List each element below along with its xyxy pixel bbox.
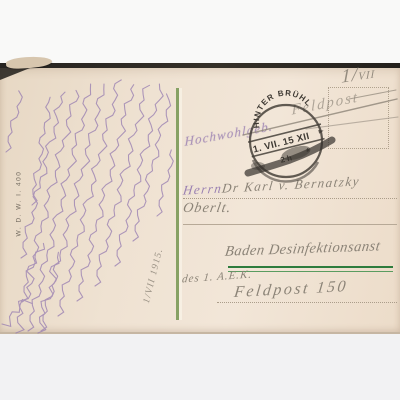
unit-fraction-small: VII xyxy=(358,68,375,83)
address-rank-line: Oberlt. xyxy=(183,201,231,217)
address-rule-dotted-3 xyxy=(217,302,397,303)
address-rule-dotted-1 xyxy=(183,198,397,199)
photo-margin-bottom xyxy=(0,333,400,400)
photo-margin-top xyxy=(0,0,400,63)
address-rule-solid-2 xyxy=(183,224,397,225)
publisher-edge-print: W. D. W. I. 400 xyxy=(16,159,23,249)
postcard-photo: W. D. W. I. 400 1/VII 1915. 1/VII Feldpo… xyxy=(0,0,400,400)
unit-fraction-big: 1/ xyxy=(341,64,358,89)
torn-corner xyxy=(0,68,30,80)
address-honorific: Herrn xyxy=(182,181,223,199)
address-rank-text: Oberlt. xyxy=(182,201,233,217)
